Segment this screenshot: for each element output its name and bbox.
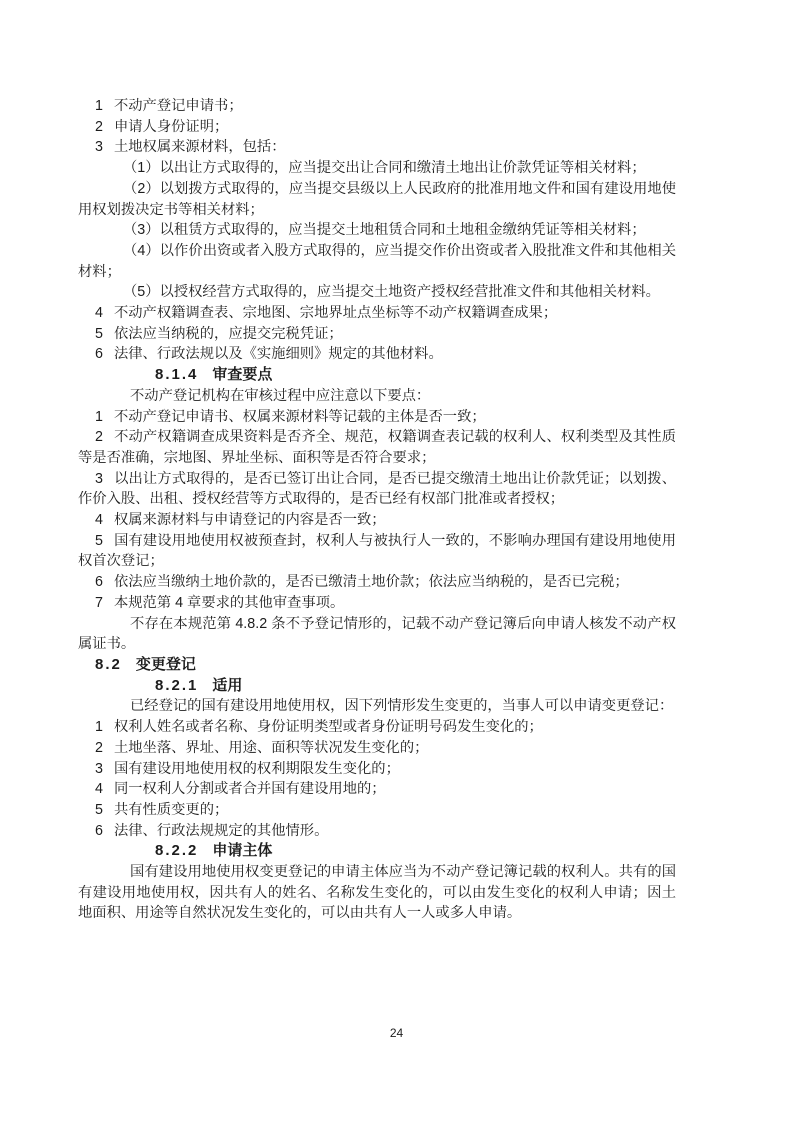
list-item-number: 1: [95, 98, 103, 114]
numbered-list-item: 1权利人姓名或者名称、身份证明类型或者身份证明号码发生变化的；: [78, 717, 676, 738]
list-item-text: 以出让方式取得的，是否已签订出让合同，是否已提交缴清土地出让价款凭证；以划拨、作…: [78, 471, 676, 508]
list-item-text: 法律、行政法规规定的其他情形。: [114, 823, 328, 839]
numbered-list-item: 5共有性质变更的；: [78, 800, 676, 821]
numbered-list-item: 1不动产登记申请书、权属来源材料等记载的主体是否一致；: [78, 407, 676, 428]
list-item-text: 依法应当缴纳土地价款的，是否已缴清土地价款；依法应当纳税的，是否已完税；: [114, 574, 629, 590]
list-item-text: 不动产登记申请书、权属来源材料等记载的主体是否一致；: [114, 409, 486, 425]
sub-list-item: （4）以作价出资或者入股方式取得的，应当提交作价出资或者入股批准文件和其他相关材…: [78, 241, 676, 282]
numbered-list-item: 2申请人身份证明；: [78, 117, 676, 138]
heading-number: 8.2: [95, 656, 122, 673]
heading-number: 8.2.2: [155, 842, 198, 859]
page-number: 24: [390, 1026, 403, 1040]
heading-number: 8.2.1: [155, 677, 198, 694]
list-item-text: 依法应当纳税的，应提交完税凭证；: [114, 326, 343, 342]
section-heading: 8.2.2申请主体: [78, 841, 676, 862]
list-item-text: 共有性质变更的；: [114, 802, 228, 818]
list-item-number: 4: [95, 781, 103, 797]
numbered-list-item: 5依法应当纳税的，应提交完税凭证；: [78, 324, 676, 345]
list-item-number: 4: [95, 512, 103, 528]
numbered-list-item: 6法律、行政法规规定的其他情形。: [78, 821, 676, 842]
list-item-text: 申请人身份证明；: [114, 119, 228, 135]
list-item-text: 土地权属来源材料，包括：: [114, 139, 286, 155]
list-item-number: 1: [95, 409, 103, 425]
list-item-text: 本规范第 4 章要求的其他审查事项。: [114, 595, 344, 611]
numbered-list-item: 6法律、行政法规以及《实施细则》规定的其他材料。: [78, 344, 676, 365]
list-item-text: 法律、行政法规以及《实施细则》规定的其他材料。: [114, 346, 443, 362]
list-item-text: 国有建设用地使用权的权利期限发生变化的；: [114, 761, 400, 777]
numbered-list-item: 4权属来源材料与申请登记的内容是否一致；: [78, 510, 676, 531]
list-item-number: 6: [95, 823, 103, 839]
list-item-number: 1: [95, 719, 103, 735]
list-item-number: 3: [95, 761, 103, 777]
heading-number: 8.1.4: [155, 366, 198, 383]
paragraph: 已经登记的国有建设用地使用权，因下列情形发生变更的，当事人可以申请变更登记：: [78, 696, 676, 717]
document-page: 1不动产登记申请书；2申请人身份证明；3土地权属来源材料，包括：（1）以出让方式…: [0, 0, 793, 1122]
list-item-number: 7: [95, 595, 103, 611]
numbered-list-item: 2不动产权籍调查成果资料是否齐全、规范，权籍调查表记载的权利人、权利类型及其性质…: [78, 427, 676, 468]
section-heading: 8.2.1适用: [78, 676, 676, 697]
list-item-number: 5: [95, 533, 103, 549]
sub-list-item: （2）以划拨方式取得的，应当提交县级以上人民政府的批准用地文件和国有建设用地使用…: [78, 179, 676, 220]
list-item-number: 2: [95, 740, 103, 756]
paragraph: 不存在本规范第 4.8.2 条不予登记情形的，记载不动产登记簿后向申请人核发不动…: [78, 614, 676, 655]
numbered-list-item: 7本规范第 4 章要求的其他审查事项。: [78, 593, 676, 614]
section-heading: 8.2变更登记: [78, 655, 676, 676]
list-item-number: 6: [95, 574, 103, 590]
list-item-number: 3: [95, 471, 103, 487]
numbered-list-item: 4同一权利人分割或者合并国有建设用地的；: [78, 779, 676, 800]
list-item-text: 国有建设用地使用权被预查封，权利人与被执行人一致的，不影响办理国有建设用地使用权…: [78, 533, 676, 570]
page-footer: 24: [0, 1026, 793, 1040]
numbered-list-item: 3国有建设用地使用权的权利期限发生变化的；: [78, 759, 676, 780]
list-item-number: 6: [95, 346, 103, 362]
list-item-text: 权利人姓名或者名称、身份证明类型或者身份证明号码发生变化的；: [114, 719, 543, 735]
paragraph: 不动产登记机构在审核过程中应注意以下要点：: [78, 386, 676, 407]
numbered-list-item: 4不动产权籍调查表、宗地图、宗地界址点坐标等不动产权籍调查成果；: [78, 303, 676, 324]
list-item-number: 2: [95, 119, 103, 135]
list-item-text: 权属来源材料与申请登记的内容是否一致；: [114, 512, 386, 528]
sub-list-item: （3）以租赁方式取得的，应当提交土地租赁合同和土地租金缴纳凭证等相关材料；: [78, 220, 676, 241]
heading-title: 变更登记: [136, 656, 196, 673]
list-item-text: 不动产登记申请书；: [114, 98, 243, 114]
sub-list-item: （1）以出让方式取得的，应当提交出让合同和缴清土地出让价款凭证等相关材料；: [78, 158, 676, 179]
list-item-text: 不动产权籍调查成果资料是否齐全、规范，权籍调查表记载的权利人、权利类型及其性质等…: [78, 429, 676, 466]
numbered-list-item: 6依法应当缴纳土地价款的，是否已缴清土地价款；依法应当纳税的，是否已完税；: [78, 572, 676, 593]
numbered-list-item: 2土地坐落、界址、用途、面积等状况发生变化的；: [78, 738, 676, 759]
heading-title: 申请主体: [212, 842, 272, 859]
list-item-number: 4: [95, 305, 103, 321]
list-item-number: 5: [95, 326, 103, 342]
list-item-number: 3: [95, 139, 103, 155]
section-heading: 8.1.4审查要点: [78, 365, 676, 386]
heading-title: 适用: [212, 677, 242, 694]
document-body: 1不动产登记申请书；2申请人身份证明；3土地权属来源材料，包括：（1）以出让方式…: [78, 96, 676, 924]
numbered-list-item: 1不动产登记申请书；: [78, 96, 676, 117]
paragraph: 国有建设用地使用权变更登记的申请主体应当为不动产登记簿记载的权利人。共有的国有建…: [78, 862, 676, 924]
numbered-list-item: 3以出让方式取得的，是否已签订出让合同，是否已提交缴清土地出让价款凭证；以划拨、…: [78, 469, 676, 510]
list-item-text: 土地坐落、界址、用途、面积等状况发生变化的；: [114, 740, 429, 756]
numbered-list-item: 5国有建设用地使用权被预查封，权利人与被执行人一致的，不影响办理国有建设用地使用…: [78, 531, 676, 572]
list-item-text: 同一权利人分割或者合并国有建设用地的；: [114, 781, 386, 797]
numbered-list-item: 3土地权属来源材料，包括：: [78, 137, 676, 158]
list-item-number: 5: [95, 802, 103, 818]
sub-list-item: （5）以授权经营方式取得的，应当提交土地资产授权经营批准文件和其他相关材料。: [78, 282, 676, 303]
heading-title: 审查要点: [212, 366, 272, 383]
list-item-number: 2: [95, 429, 103, 445]
list-item-text: 不动产权籍调查表、宗地图、宗地界址点坐标等不动产权籍调查成果；: [114, 305, 557, 321]
